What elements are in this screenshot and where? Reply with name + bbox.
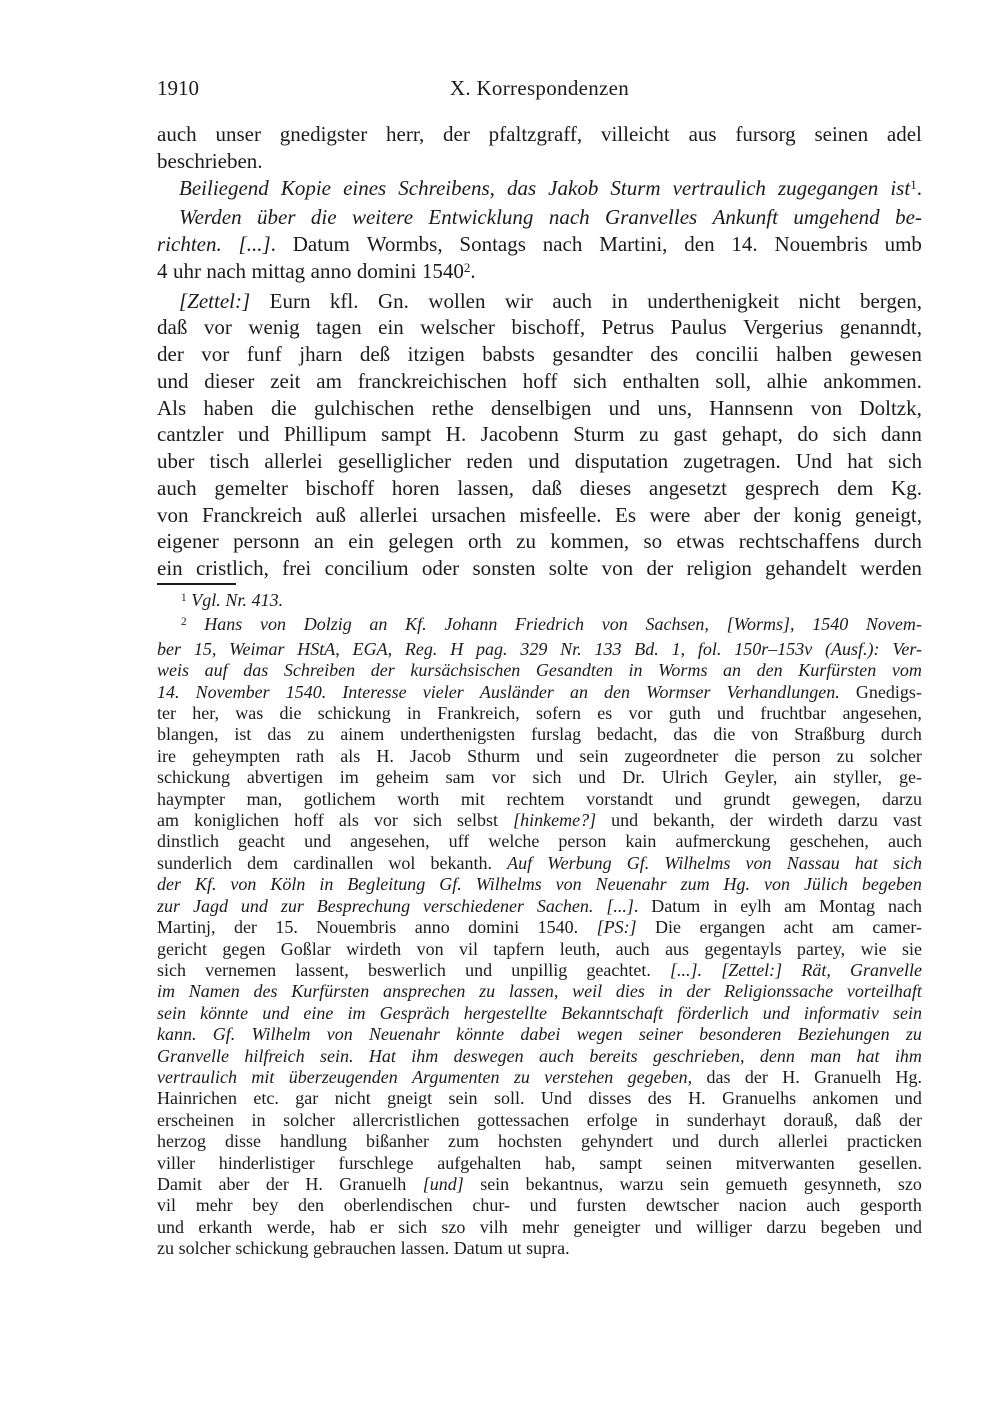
text-line: herzogdissehandlungbißanherzumhochstenge… xyxy=(157,1131,922,1152)
page-header: 1910 X. Korrespondenzen xyxy=(157,76,922,104)
text-line: Alshabendiegulchischenrethedenselbigenun… xyxy=(157,395,922,422)
text-line: beschrieben. xyxy=(157,148,922,175)
text-line: vonFranckreichaußallerleiursachenmisfeel… xyxy=(157,502,922,529)
text-line: [Zettel:]Eurnkfl.Gn.wollenwirauchinunder… xyxy=(157,288,922,315)
text-line: WerdenüberdieweitereEntwicklungnachGranv… xyxy=(157,204,922,231)
text-line: erscheineninsolcherallercristlichengotte… xyxy=(157,1110,922,1131)
text-line: eigenerpersonnaneingelegenorthzukommen,s… xyxy=(157,528,922,555)
text-line: daßvorwenigtageneinwelscherbischoff,Petr… xyxy=(157,314,922,341)
text-line: 4uhrnachmittagannodomini15402. xyxy=(157,258,922,288)
text-line: sichvernemenlassent,beswerlichundunpilli… xyxy=(157,960,922,981)
text-line: dervorfunfjharndeßitzigenbabstsgesandter… xyxy=(157,341,922,368)
text-line: blangen,istdaszuainemunderthenigstenfurs… xyxy=(157,724,922,745)
text-line: vilmehrbeydenoberlendischenchur-undfurst… xyxy=(157,1195,922,1216)
text-line: 2HansvonDolziganKf.JohannFriedrichvonSac… xyxy=(157,614,922,638)
text-line: DamitaberderH.Granuelh[und]seinbekantnus… xyxy=(157,1174,922,1195)
text-line: schickungabvertigenimgeheimsamvorsichund… xyxy=(157,767,922,788)
main-text: auchunsergnedigsterherr,derpfaltzgraff,v… xyxy=(157,121,922,582)
text-line: villerhinderlistigerfurschlegeaufgehalte… xyxy=(157,1153,922,1174)
text-line: Hainrichenetc.garnichtgneigtseinsoll.Und… xyxy=(157,1088,922,1109)
text-line: kann.Gf.WilhelmvonNeuenahrkönntedabeiweg… xyxy=(157,1024,922,1045)
text-line: 1Vgl.Nr.413. xyxy=(157,590,922,614)
text-line: zurJagdundzurBesprechungverschiedenerSac… xyxy=(157,896,922,917)
text-line: dinstlichgeachtundangesehen,uffwelcheper… xyxy=(157,831,922,852)
text-line: richten.[...].DatumWormbs,SontagsnachMar… xyxy=(157,231,922,258)
text-line: gerichtgegenGoßlarwirdethvonviltapfernle… xyxy=(157,939,922,960)
text-line: BeiliegendKopieeinesSchreibens,dasJakobS… xyxy=(157,175,922,205)
text-line: underkanthwerde,habersichszovilhmehrgene… xyxy=(157,1217,922,1238)
text-line: haympterman,gotlichemworthmitrechtemvors… xyxy=(157,789,922,810)
text-line: iregeheymptenrathalsH.JacobSthurmundsein… xyxy=(157,746,922,767)
footnote-divider xyxy=(157,583,236,585)
text-line: amkoniglichenhoffalsvorsichselbst[hinkem… xyxy=(157,810,922,831)
text-line: auchunsergnedigsterherr,derpfaltzgraff,v… xyxy=(157,121,922,148)
text-line: vertraulichmitüberzeugendenArgumentenzuv… xyxy=(157,1067,922,1088)
text-line: cantzlerundPhillipumsamptH.JacobennSturm… xyxy=(157,421,922,448)
text-line: imNamendesKurfürstenansprechenzulassen,w… xyxy=(157,981,922,1002)
text-line: ubertischallerleigeselliglicherredenundd… xyxy=(157,448,922,475)
text-line: eincristlich,freiconciliumodersonstensol… xyxy=(157,555,922,582)
running-header: X. Korrespondenzen xyxy=(157,76,922,101)
text-line: derKf.vonKölninBegleitungGf.WilhelmsvonN… xyxy=(157,874,922,895)
text-line: auchgemelterbischoffhorenlassen,daßdiese… xyxy=(157,475,922,502)
footnotes: 1Vgl.Nr.413.2HansvonDolziganKf.JohannFri… xyxy=(157,590,922,1260)
text-line: unddieserzeitamfranckreichischenhoffsich… xyxy=(157,368,922,395)
text-line: Granvellehilfreichsein.Hatihmdeswegenauc… xyxy=(157,1046,922,1067)
book-page: 1910 X. Korrespondenzen auchunsergnedigs… xyxy=(0,0,1004,1418)
text-line: weisaufdasSchreibenderkursächsischenGesa… xyxy=(157,660,922,681)
text-line: 14.November1540.InteressevielerAusländer… xyxy=(157,682,922,703)
text-line: seinkönnteundeineimGesprächhergestellteB… xyxy=(157,1003,922,1024)
text-line: ber15,WeimarHStA,EGA,Reg.Hpag.329Nr.133B… xyxy=(157,639,922,660)
text-line: zusolcherschickunggebrauchenlassen.Datum… xyxy=(157,1238,922,1259)
text-line: Martinj,der15.Nouembrisannodomini1540.[P… xyxy=(157,917,922,938)
text-line: sunderlichdemcardinallenwolbekanth.AufWe… xyxy=(157,853,922,874)
text-line: terher,wasdieschickunginFrankreich,sofer… xyxy=(157,703,922,724)
